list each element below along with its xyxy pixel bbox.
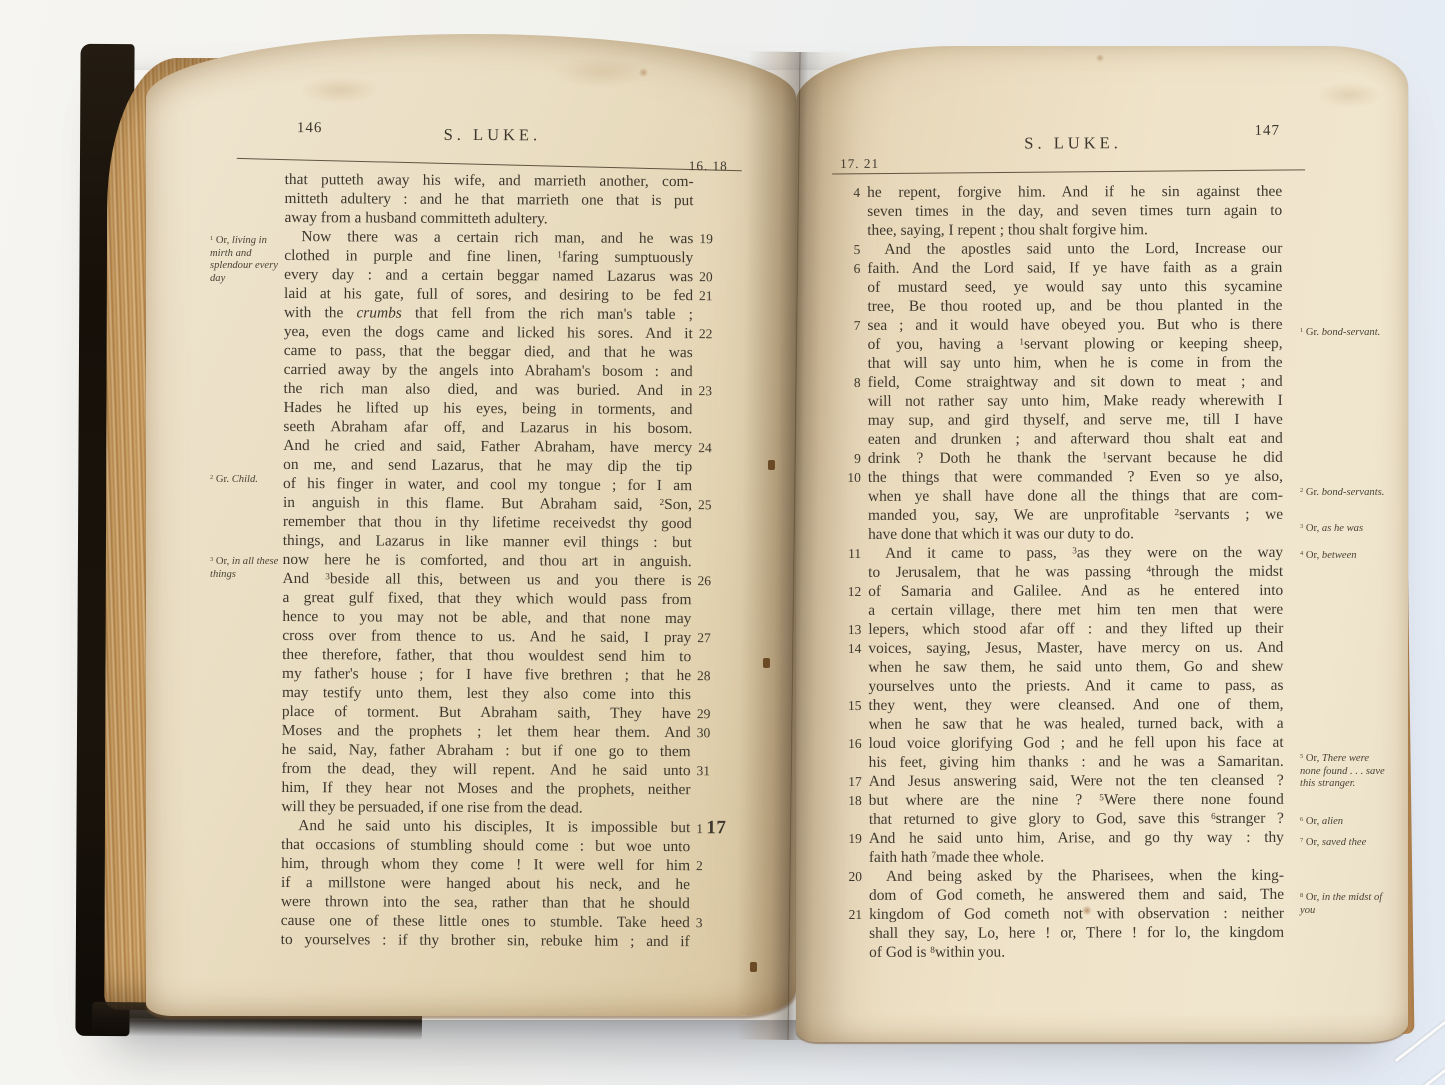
binding-stitch: [768, 460, 775, 470]
verse-number: [836, 886, 869, 905]
binding-stitch: [750, 962, 757, 972]
line-text: hence to you may not be able, and that n…: [282, 607, 691, 628]
body-line: that putteth away his wife, and marrieth…: [285, 170, 732, 191]
line-text: of mustard seed, ye would say unto this …: [867, 277, 1282, 297]
verse-number: [836, 848, 869, 867]
body-line: he said, Nay, father Abraham : but if on…: [282, 740, 729, 761]
stain: [1096, 54, 1104, 62]
body-line: cross over from thence to us. And he sai…: [282, 626, 729, 647]
verse-number: 18: [836, 791, 869, 810]
body-line: carried away by the angels into Abraham'…: [284, 360, 731, 381]
body-line: will they be persuaded, if one rise from…: [281, 797, 728, 818]
body-line: every day : and a certain beggar named L…: [284, 265, 731, 286]
verse-number: [693, 343, 731, 362]
body-line: eaten and drunken ; and afterward thou s…: [835, 429, 1283, 449]
verse-number: [834, 202, 867, 221]
body-line: of God is 8within you.: [836, 942, 1284, 962]
body-line: And 3beside all this, between us and you…: [283, 569, 730, 590]
body-line: 14voices, saying, Jesus, Master, have me…: [835, 638, 1283, 658]
line-text: thee therefore, father, that thou woulde…: [282, 645, 691, 666]
verse-number: [690, 780, 728, 799]
line-text: And he said unto his disciples, It is im…: [281, 816, 690, 837]
corner-reference: 17. 21: [840, 156, 879, 172]
body-line: hence to you may not be able, and that n…: [282, 607, 729, 628]
verse-number: 11: [835, 544, 868, 563]
line-text: he repent, forgive him. And if he sin ag…: [867, 182, 1282, 202]
verse-number: 17: [836, 772, 869, 791]
body-line: 16loud voice glorifying God ; and he fel…: [836, 733, 1284, 753]
body-line: Moses and the prophets ; let them hear t…: [282, 721, 729, 742]
line-text: have done that which it was our duty to …: [868, 524, 1283, 544]
line-text: may sup, and gird thyself, and serve me,…: [868, 410, 1283, 430]
body-line: that returned to give glory to God, save…: [836, 809, 1284, 829]
body-line: Hades he lifted up his eyes, being in to…: [283, 398, 730, 419]
verse-number: [690, 875, 728, 894]
verse-number: [836, 753, 869, 772]
line-text: that will say unto him, when he is come …: [868, 353, 1283, 373]
body-line: 5And the apostles said unto the Lord, In…: [834, 239, 1282, 259]
body-line: 9drink ? Doth he thank the 1servant beca…: [835, 448, 1283, 468]
line-text: the rich man also died, and was buried. …: [284, 379, 693, 400]
verse-number: [836, 715, 869, 734]
verse-number: 29: [691, 704, 729, 723]
body-line: seven times in the day, and seven times …: [834, 201, 1282, 221]
line-text: will they be persuaded, if one rise from…: [281, 797, 690, 818]
line-text: of his finger in water, and cool my tong…: [283, 474, 692, 495]
body-line: a certain village, there met him ten men…: [835, 600, 1283, 620]
line-text: to Jerusalem, that he was passing 4throu…: [868, 562, 1283, 582]
body-line: remember that thou in thy lifetime recei…: [283, 512, 730, 533]
line-text: And being asked by the Pharisees, when t…: [869, 866, 1284, 886]
verse-number: [691, 742, 729, 761]
body-line: from the dead, they will repent. And he …: [282, 759, 729, 780]
line-text: from the dead, they will repent. And he …: [282, 759, 691, 780]
line-text: drink ? Doth he thank the 1servant becau…: [868, 448, 1283, 468]
line-text: clothed in purple and fine linen, 1farin…: [284, 246, 693, 267]
line-text: when he saw them, he said unto them, Go …: [868, 657, 1283, 677]
body-line: 21kingdom of God cometh not with observa…: [836, 904, 1284, 924]
header-rule: [832, 169, 1305, 174]
body-line: place of torment. But Abraham saith, The…: [282, 702, 729, 723]
running-title: S. LUKE.: [285, 124, 700, 146]
line-text: but where are the nine ? 5Were there non…: [869, 790, 1284, 810]
verse-number: 25: [692, 495, 730, 514]
margin-note: 1 Or, living in mirth and splendour ever…: [210, 235, 286, 285]
line-text: seeth Abraham afar off, and Lazarus in h…: [283, 417, 692, 438]
line-text: place of torment. But Abraham saith, The…: [282, 702, 691, 723]
line-text: loud voice glorifying God ; and he fell …: [869, 733, 1284, 753]
verse-number: 21: [836, 905, 869, 924]
verse-number: 31: [691, 761, 729, 780]
line-text: they went, they were cleansed. And one o…: [868, 695, 1283, 715]
line-text: yourselves unto the priests. And it came…: [868, 676, 1283, 696]
verse-number: [693, 248, 731, 267]
body-line: when he saw that he was healed, turned b…: [836, 714, 1284, 734]
line-text: with the crumbs that fell from the rich …: [284, 303, 693, 324]
line-text: of you, having a 1servant plowing or kee…: [868, 334, 1283, 354]
left-page-header: 146 S. LUKE. 16. 18: [285, 116, 732, 164]
body-line: And he cried and said, Father Abraham, h…: [283, 436, 730, 457]
body-line: 15they went, they were cleansed. And one…: [835, 695, 1283, 715]
line-text: on me, and send Lazarus, that he may dip…: [283, 455, 692, 476]
body-line: manded you, say, We are unprofitable 2se…: [835, 505, 1283, 525]
body-line: him, If they hear not Moses and the prop…: [281, 778, 728, 799]
line-text: And 3beside all this, between us and you…: [283, 569, 692, 590]
verse-number: [691, 590, 729, 609]
verse-number: [835, 487, 868, 506]
right-text-area: 17. 21 S. LUKE. 147 4he repent, forgive …: [834, 125, 1282, 172]
line-text: kingdom of God cometh not with observati…: [869, 904, 1284, 924]
body-line: have done that which it was our duty to …: [835, 524, 1283, 544]
body-line: And he said unto his disciples, It is im…: [281, 816, 728, 837]
body-line: 11And it came to pass, 3as they were on …: [835, 543, 1283, 563]
verse-number: 14: [835, 639, 868, 658]
margin-note: 4 Or, between: [1300, 550, 1357, 563]
line-text: cause one of these little ones to stumbl…: [281, 911, 690, 932]
body-line: 4he repent, forgive him. And if he sin a…: [834, 182, 1282, 202]
body-line: tree, Be thou rooted up, and be thou pla…: [834, 296, 1282, 316]
line-text: And the apostles said unto the Lord, Inc…: [867, 239, 1282, 259]
line-text: tree, Be thou rooted up, and be thou pla…: [867, 296, 1282, 316]
line-text: field, Come straightway and sit down to …: [868, 372, 1283, 392]
lines: that putteth away his wife, and marrieth…: [281, 170, 732, 951]
line-text: when ye shall have done all the things t…: [868, 486, 1283, 506]
body-line: laid at his gate, full of sores, and des…: [284, 284, 731, 305]
body-line: if a millstone were hanged about his nec…: [281, 873, 728, 894]
verse-number: [690, 837, 728, 856]
body-line: may sup, and gird thyself, and serve me,…: [835, 410, 1283, 430]
line-text: Hades he lifted up his eyes, being in to…: [283, 398, 692, 419]
body-line: came to pass, that the beggar died, and …: [284, 341, 731, 362]
line-text: of God is 8within you.: [869, 942, 1284, 962]
body-line: of you, having a 1servant plowing or kee…: [835, 334, 1283, 354]
verse-number: [835, 411, 868, 430]
stain: [1316, 82, 1382, 108]
body-line: him, through whom they come ! It were we…: [281, 854, 728, 875]
margin-note: 1 Gr. bond-servant.: [1300, 327, 1380, 340]
verse-number: 6: [834, 259, 867, 278]
body-line: the rich man also died, and was buried. …: [284, 379, 731, 400]
body-line: 10the things that were commanded ? Even …: [835, 467, 1283, 487]
running-title: S. LUKE.: [864, 133, 1282, 154]
body-line: 6faith. And the Lord said, If ye have fa…: [834, 258, 1282, 278]
line-text: he said, Nay, father Abraham : but if on…: [282, 740, 691, 761]
body-line: my father's house ; for I have five bret…: [282, 664, 729, 685]
line-text: seven times in the day, and seven times …: [867, 201, 1282, 221]
verse-number: [691, 609, 729, 628]
verse-number: [692, 552, 730, 571]
verse-number: [834, 297, 867, 316]
body-line: on me, and send Lazarus, that he may dip…: [283, 455, 730, 476]
line-text: Now there was a certain rich man, and he…: [284, 227, 693, 248]
body-line: 19And he said unto him, Arise, and go th…: [836, 828, 1284, 848]
line-text: yea, even the dogs came and licked his s…: [284, 322, 693, 343]
stain: [554, 56, 649, 88]
verse-number: 20: [836, 867, 869, 886]
line-text: may testify unto them, lest they also co…: [282, 683, 691, 704]
verse-number: [835, 354, 868, 373]
right-page-header: 17. 21 S. LUKE. 147: [834, 125, 1282, 172]
line-text: him, through whom they come ! It were we…: [281, 854, 690, 875]
body-line: 18but where are the nine ? 5Were there n…: [836, 790, 1284, 810]
body-line: may testify unto them, lest they also co…: [282, 683, 729, 704]
margin-note: 3 Or, as he was: [1300, 523, 1363, 536]
verse-number: [836, 924, 869, 943]
body-line: thee therefore, father, that thou woulde…: [282, 645, 729, 666]
body-line: Now there was a certain rich man, and he…: [284, 227, 731, 248]
line-text: shall they say, Lo, here ! or, There ! f…: [869, 923, 1284, 943]
line-text: that occasions of stumbling should come …: [281, 835, 690, 856]
line-text: eaten and drunken ; and afterward thou s…: [868, 429, 1283, 449]
line-text: thee, saying, I repent ; thou shalt forg…: [867, 220, 1282, 240]
verse-number: 4: [834, 183, 867, 202]
body-line: faith hath 7made thee whole.: [836, 847, 1284, 867]
lines: 4he repent, forgive him. And if he sin a…: [834, 182, 1284, 962]
verse-number: [691, 685, 729, 704]
body-line: yourselves unto the priests. And it came…: [835, 676, 1283, 696]
verse-number: [690, 932, 728, 951]
page-number: 147: [1254, 123, 1280, 140]
verse-number: [835, 601, 868, 620]
photo-background: 146 S. LUKE. 16. 18 that putteth away hi…: [0, 0, 1445, 1085]
verse-number: [835, 563, 868, 582]
body-line: yea, even the dogs came and licked his s…: [284, 322, 731, 343]
margin-note: 2 Gr. bond-servants.: [1300, 487, 1384, 500]
verse-number: [692, 419, 730, 438]
verse-number: [835, 677, 868, 696]
verse-number: 22: [693, 324, 731, 343]
verse-number: 23: [693, 381, 731, 400]
margin-note: 7 Or, saved thee: [1300, 837, 1366, 850]
body-line: when ye shall have done all the things t…: [835, 486, 1283, 506]
line-text: Moses and the prophets ; let them hear t…: [282, 721, 691, 742]
verse-number: 21: [693, 286, 731, 305]
verse-number: 26: [692, 571, 730, 590]
verse-number: 16: [836, 734, 869, 753]
chapter-number: 17: [706, 817, 726, 838]
line-text: mitteth adultery : and he that marrieth …: [285, 189, 694, 210]
verse-number: [834, 221, 867, 240]
body-line: shall they say, Lo, here ! or, There ! f…: [836, 923, 1284, 943]
margin-note: 6 Or, alien: [1300, 816, 1343, 829]
line-text: remember that thou in thy lifetime recei…: [283, 512, 692, 533]
verse-number: [694, 191, 732, 210]
verse-number: 1 17: [690, 818, 728, 837]
body-line: to Jerusalem, that he was passing 4throu…: [835, 562, 1283, 582]
line-text: And he said unto him, Arise, and go thy …: [869, 828, 1284, 848]
line-text: him, If they hear not Moses and the prop…: [281, 778, 690, 799]
body-line: thee, saying, I repent ; thou shalt forg…: [834, 220, 1282, 240]
verse-number: [835, 335, 868, 354]
body-line: 17And Jesus answering said, Were not the…: [836, 771, 1284, 791]
binding-stitch: [763, 658, 770, 668]
line-text: in anguish in this flame. But Abraham sa…: [283, 493, 692, 514]
right-page: 17. 21 S. LUKE. 147 4he repent, forgive …: [796, 46, 1408, 1042]
line-text: And it came to pass, 3as they were on th…: [868, 543, 1283, 563]
left-text-area: 146 S. LUKE. 16. 18 that putteth away hi…: [285, 116, 732, 164]
line-text: his feet, giving him thanks : and he was…: [869, 752, 1284, 772]
line-text: if a millstone were hanged about his nec…: [281, 873, 690, 894]
verse-number: 24: [692, 438, 730, 457]
line-text: cross over from thence to us. And he sai…: [282, 626, 691, 647]
verse-number: [693, 362, 731, 381]
line-text: every day : and a certain beggar named L…: [284, 265, 693, 286]
verse-number: [691, 647, 729, 666]
verse-number: 10: [835, 468, 868, 487]
line-text: dom of God cometh, he answered them and …: [869, 885, 1284, 905]
verse-number: [692, 533, 730, 552]
line-text: faith hath 7made thee whole.: [869, 847, 1284, 867]
body-line: to yourselves : if thy brother sin, rebu…: [281, 930, 728, 951]
margin-note: 2 Gr. Child.: [210, 474, 258, 487]
line-text: when he saw that he was healed, turned b…: [869, 714, 1284, 734]
verse-number: [692, 457, 730, 476]
line-text: things, and Lazarus in like manner evil …: [283, 531, 692, 552]
body-line: with the crumbs that fell from the rich …: [284, 303, 731, 324]
line-text: to yourselves : if thy brother sin, rebu…: [281, 930, 690, 951]
body-line: things, and Lazarus in like manner evil …: [283, 531, 730, 552]
line-text: sea ; and it would have obeyed you. But …: [867, 315, 1282, 335]
line-text: voices, saying, Jesus, Master, have merc…: [868, 638, 1283, 658]
verse-number: [692, 514, 730, 533]
line-text: manded you, say, We are unprofitable 2se…: [868, 505, 1283, 525]
verse-number: [834, 278, 867, 297]
verse-number: [835, 525, 868, 544]
verse-number: 28: [691, 666, 729, 685]
verse-number: [835, 658, 868, 677]
line-text: now here he is comforted, and thou art i…: [283, 550, 692, 571]
line-text: a great gulf fixed, that they which woul…: [282, 588, 691, 609]
verse-number: 7: [834, 316, 867, 335]
margin-note: 5 Or, There were none found . . . save t…: [1300, 753, 1392, 791]
verse-number: 27: [691, 628, 729, 647]
stain: [639, 68, 648, 77]
line-text: carried away by the angels into Abraham'…: [284, 360, 693, 381]
verse-number: 5: [834, 240, 867, 259]
line-text: the things that were commanded ? Even so…: [868, 467, 1283, 487]
verse-number: [692, 400, 730, 419]
verse-number: 19: [693, 229, 731, 248]
verse-number: [690, 799, 728, 818]
body-line: of mustard seed, ye would say unto this …: [834, 277, 1282, 297]
body-line: of his finger in water, and cool my tong…: [283, 474, 730, 495]
verse-number: [692, 476, 730, 495]
line-text: laid at his gate, full of sores, and des…: [284, 284, 693, 305]
verse-number: 9: [835, 449, 868, 468]
body-line: cause one of these little ones to stumbl…: [281, 911, 728, 932]
body-line: dom of God cometh, he answered them and …: [836, 885, 1284, 905]
verse-number: 20: [693, 267, 731, 286]
line-text: will not rather say unto him, Make ready…: [868, 391, 1283, 411]
line-text: were thrown into the sea, rather than th…: [281, 892, 690, 913]
body-line: that occasions of stumbling should come …: [281, 835, 728, 856]
verse-number: 8: [835, 373, 868, 392]
line-text: lepers, which stood afar off : and they …: [868, 619, 1283, 639]
verse-number: [693, 305, 731, 324]
body-line: seeth Abraham afar off, and Lazarus in h…: [283, 417, 730, 438]
verse-number: 30: [691, 723, 729, 742]
verse-number: [693, 210, 731, 229]
verse-number: 19: [836, 829, 869, 848]
verse-number: [836, 810, 869, 829]
body-line: away from a husband committeth adultery.: [284, 208, 731, 229]
line-text: And he cried and said, Father Abraham, h…: [283, 436, 692, 457]
line-text: came to pass, that the beggar died, and …: [284, 341, 693, 362]
body-line: 13lepers, which stood afar off : and the…: [835, 619, 1283, 639]
line-text: my father's house ; for I have five bret…: [282, 664, 691, 685]
line-text: a certain village, there met him ten men…: [868, 600, 1283, 620]
verse-number: [835, 430, 868, 449]
margin-note: 3 Or, in all these things: [210, 556, 286, 581]
body-line: 12of Samaria and Galilee. And as he ente…: [835, 581, 1283, 601]
verse-number: 3: [690, 913, 728, 932]
body-line: will not rather say unto him, Make ready…: [835, 391, 1283, 411]
body-line: were thrown into the sea, rather than th…: [281, 892, 728, 913]
line-text: away from a husband committeth adultery.: [284, 208, 693, 229]
verse-number: 15: [835, 696, 868, 715]
body-line: that will say unto him, when he is come …: [835, 353, 1283, 373]
verse-number: [835, 392, 868, 411]
line-text: faith. And the Lord said, If ye have fai…: [867, 258, 1282, 278]
verse-number: 13: [835, 620, 868, 639]
body-line: 7sea ; and it would have obeyed you. But…: [834, 315, 1282, 335]
line-text: And Jesus answering said, Were not the t…: [869, 771, 1284, 791]
body-line: in anguish in this flame. But Abraham sa…: [283, 493, 730, 514]
body-line: a great gulf fixed, that they which woul…: [282, 588, 729, 609]
line-text: that returned to give glory to God, save…: [869, 809, 1284, 829]
body-line: now here he is comforted, and thou art i…: [283, 550, 730, 571]
margin-note: 8 Or, in the midst of you: [1300, 892, 1392, 917]
line-text: of Samaria and Galilee. And as he entere…: [868, 581, 1283, 601]
line-text: that putteth away his wife, and marrieth…: [285, 170, 694, 191]
thread: [1422, 1058, 1445, 1085]
verse-number: [836, 943, 869, 962]
body-line: 20And being asked by the Pharisees, when…: [836, 866, 1284, 886]
left-page: 146 S. LUKE. 16. 18 that putteth away hi…: [146, 34, 796, 1016]
verse-number: [694, 172, 732, 191]
body-line: mitteth adultery : and he that marrieth …: [285, 189, 732, 210]
verse-number: 12: [835, 582, 868, 601]
verse-number: [690, 894, 728, 913]
body-line: his feet, giving him thanks : and he was…: [836, 752, 1284, 772]
verse-number: 2: [690, 856, 728, 875]
verse-number: [835, 506, 868, 525]
body-line: when he saw them, he said unto them, Go …: [835, 657, 1283, 677]
stain: [300, 76, 380, 104]
body-line: 8field, Come straightway and sit down to…: [835, 372, 1283, 392]
body-line: clothed in purple and fine linen, 1farin…: [284, 246, 731, 267]
